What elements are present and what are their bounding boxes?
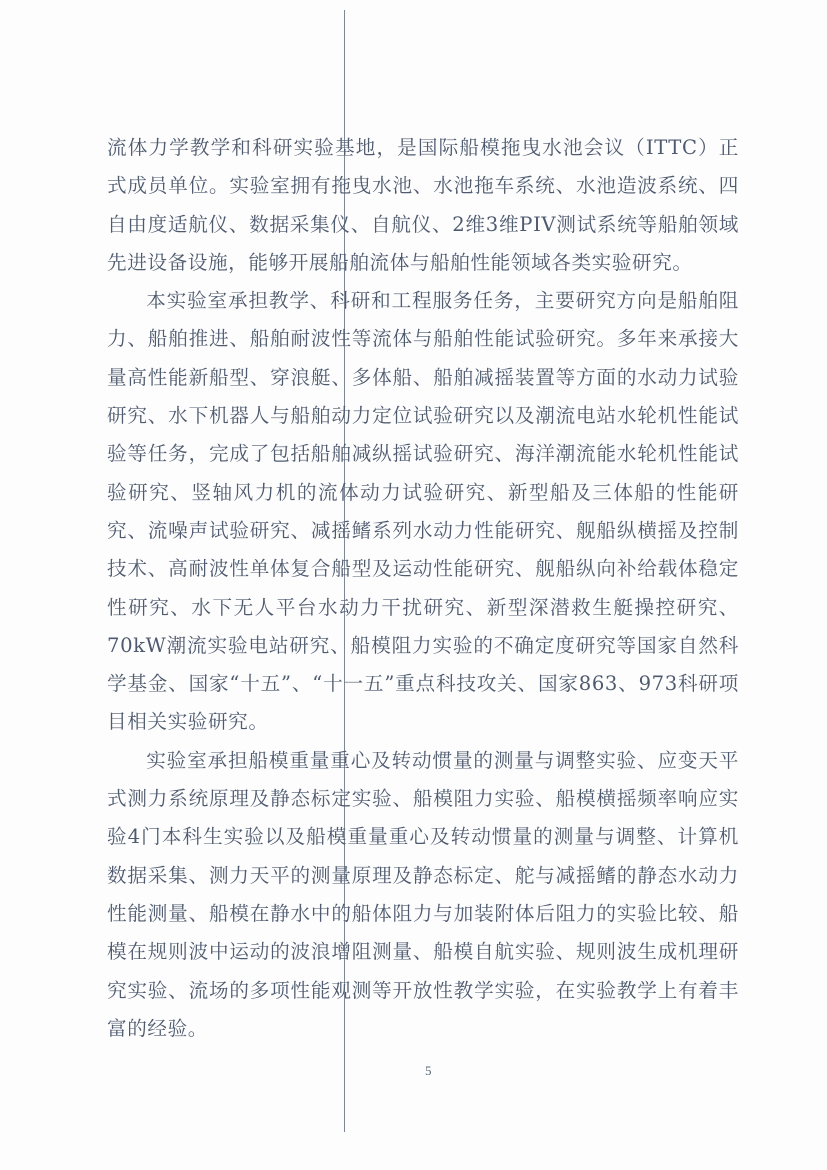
paragraph-3: 实验室承担船模重量重心及转动惯量的测量与调整实验、应变天平式测力系统原理及静态标… xyxy=(107,742,739,1048)
document-page: 流体力学教学和科研实验基地，是国际船模拖曳水池会议（ITTC）正式成员单位。实验… xyxy=(0,0,827,1170)
document-body: 流体力学教学和科研实验基地，是国际船模拖曳水池会议（ITTC）正式成员单位。实验… xyxy=(107,129,739,1048)
paragraph-2: 本实验室承担教学、科研和工程服务任务，主要研究方向是船舶阻力、船舶推进、船舶耐波… xyxy=(107,282,739,742)
page-number: 5 xyxy=(425,1063,432,1079)
paragraph-1: 流体力学教学和科研实验基地，是国际船模拖曳水池会议（ITTC）正式成员单位。实验… xyxy=(107,129,739,282)
